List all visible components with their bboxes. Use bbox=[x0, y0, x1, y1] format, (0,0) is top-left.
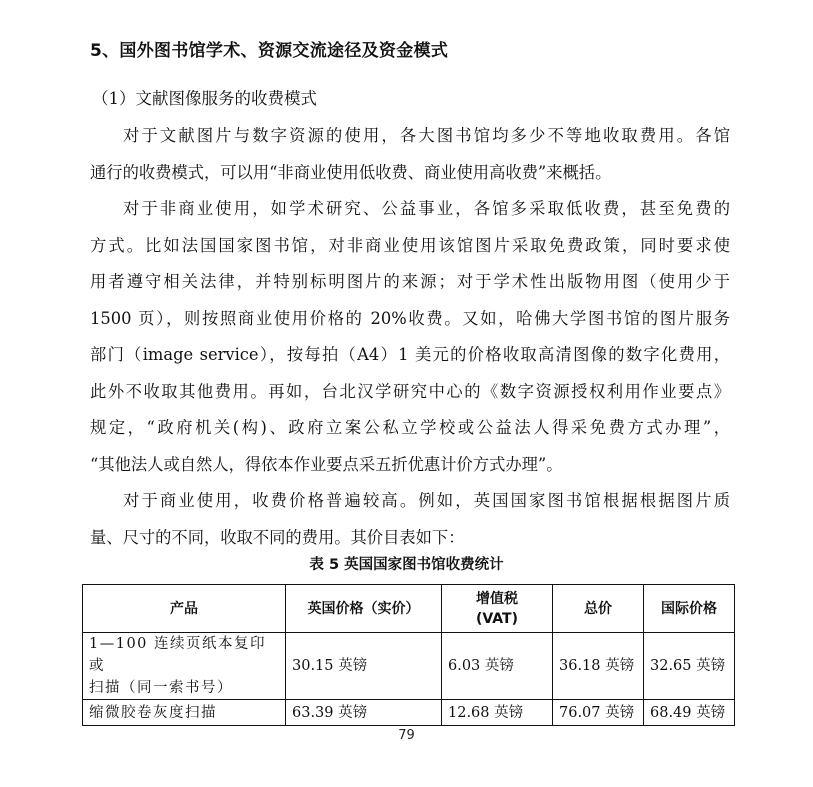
paragraph-line: “其他法人或自然人，得依本作业要点采五折优惠计价方式办理”。 bbox=[90, 447, 730, 484]
paragraph-line: 规定，“政府机关(构)、政府立案公私立学校或公益法人得采免费方式办理”， bbox=[90, 410, 730, 447]
fee-table: 产品 英国价格（实价） 增值税 (VAT) 总价 国际价格 1—100 连续页纸… bbox=[82, 584, 735, 726]
paragraph-2: 对于非商业使用，如学术研究、公益事业，各馆多采取低收费，甚至免费的 方式。比如法… bbox=[90, 191, 730, 483]
paragraph-line: 对于商业使用，收费价格普遍较高。例如，英国国家图书馆根据根据图片质 bbox=[90, 483, 730, 520]
paragraph-1: 对于文献图片与数字资源的使用，各大图书馆均多少不等地收取费用。各馆 通行的收费模… bbox=[90, 118, 730, 191]
subsection-heading: （1）文献图像服务的收费模式 bbox=[92, 85, 317, 109]
document-page: 5、国外图书馆学术、资源交流途径及资金模式 （1）文献图像服务的收费模式 对于文… bbox=[0, 0, 813, 787]
paragraph-line: 方式。比如法国国家图书馆，对非商业使用该馆图片采取免费政策，同时要求使 bbox=[90, 228, 730, 265]
paragraph-line: 量、尺寸的不同，收取不同的费用。其价目表如下： bbox=[90, 520, 730, 557]
paragraph-3: 对于商业使用，收费价格普遍较高。例如，英国国家图书馆根据根据图片质 量、尺寸的不… bbox=[90, 483, 730, 556]
cell-product: 缩微胶卷灰度扫描 bbox=[83, 700, 286, 726]
product-line: 扫描（同一索书号） bbox=[89, 677, 279, 699]
header-vat: 增值税 (VAT) bbox=[442, 585, 553, 633]
cell-vat: 6.03 英镑 bbox=[442, 633, 553, 700]
cell-total: 36.18 英镑 bbox=[553, 633, 644, 700]
table-header-row: 产品 英国价格（实价） 增值税 (VAT) 总价 国际价格 bbox=[83, 585, 735, 633]
table-row: 缩微胶卷灰度扫描 63.39 英镑 12.68 英镑 76.07 英镑 68.4… bbox=[83, 700, 735, 726]
cell-uk-price: 30.15 英镑 bbox=[286, 633, 442, 700]
header-product: 产品 bbox=[83, 585, 286, 633]
paragraph-line: 通行的收费模式，可以用“非商业使用低收费、商业使用高收费”来概括。 bbox=[90, 155, 730, 192]
section-heading: 5、国外图书馆学术、资源交流途径及资金模式 bbox=[90, 36, 448, 61]
cell-vat: 12.68 英镑 bbox=[442, 700, 553, 726]
cell-product: 1—100 连续页纸本复印或 扫描（同一索书号） bbox=[83, 633, 286, 700]
cell-international-price: 32.65 英镑 bbox=[644, 633, 735, 700]
paragraph-line: 对于非商业使用，如学术研究、公益事业，各馆多采取低收费，甚至免费的 bbox=[90, 191, 730, 228]
page-number: 79 bbox=[0, 728, 813, 743]
header-uk-price: 英国价格（实价） bbox=[286, 585, 442, 633]
header-vat-line2: (VAT) bbox=[448, 609, 546, 629]
header-total: 总价 bbox=[553, 585, 644, 633]
header-international-price: 国际价格 bbox=[644, 585, 735, 633]
paragraph-line: 部门（image service），按每拍（A4）1 美元的价格收取高清图像的数… bbox=[90, 337, 730, 374]
cell-uk-price: 63.39 英镑 bbox=[286, 700, 442, 726]
paragraph-line: 此外不收取其他费用。再如，台北汉学研究中心的《数字资源授权利用作业要点》 bbox=[90, 374, 730, 411]
cell-total: 76.07 英镑 bbox=[553, 700, 644, 726]
paragraph-line: 用者遵守相关法律，并特别标明图片的来源；对于学术性出版物用图（使用少于 bbox=[90, 264, 730, 301]
table-row: 1—100 连续页纸本复印或 扫描（同一索书号） 30.15 英镑 6.03 英… bbox=[83, 633, 735, 700]
product-line: 1—100 连续页纸本复印或 bbox=[89, 633, 279, 677]
table-caption: 表 5 英国国家图书馆收费统计 bbox=[0, 553, 813, 574]
header-vat-line1: 增值税 bbox=[448, 589, 546, 609]
cell-international-price: 68.49 英镑 bbox=[644, 700, 735, 726]
paragraph-line: 对于文献图片与数字资源的使用，各大图书馆均多少不等地收取费用。各馆 bbox=[90, 118, 730, 155]
paragraph-line: 1500 页），则按照商业使用价格的 20%收费。又如，哈佛大学图书馆的图片服务 bbox=[90, 301, 730, 338]
